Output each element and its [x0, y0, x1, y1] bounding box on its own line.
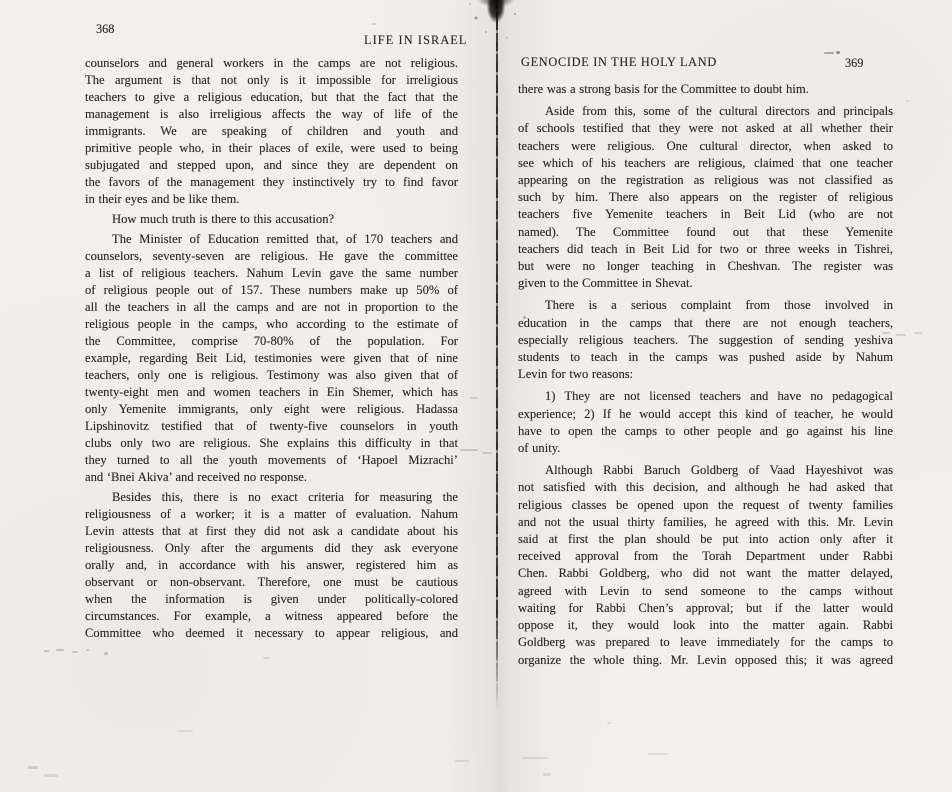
- scan-speckle: [482, 452, 492, 454]
- paragraph: there was a strong basis for the Committ…: [518, 81, 893, 98]
- text-line: circumstances. For example, a witness ap…: [85, 608, 458, 625]
- text-line: of schools testified that they were not …: [518, 120, 893, 137]
- scan-speckle: [607, 722, 611, 724]
- scan-speckle: [896, 334, 906, 336]
- book-spread: 368 LIFE IN ISRAEL GENOCIDE IN THE HOLY …: [0, 0, 952, 792]
- scan-speckle: [44, 774, 58, 777]
- scan-speckle: [28, 766, 38, 769]
- text-line: not satisfied with this decision, and al…: [518, 479, 893, 496]
- text-line: religious people in the camps, who accor…: [85, 316, 458, 333]
- text-line: named). The Committee found out that the…: [518, 224, 893, 241]
- paragraph: How much truth is there to this accusati…: [85, 211, 458, 228]
- running-head-right: GENOCIDE IN THE HOLY LAND: [521, 55, 717, 70]
- paragraph: Besides this, there is no exact criteria…: [85, 489, 458, 642]
- scan-speckle: [56, 649, 64, 651]
- text-line: Levin for two reasons:: [518, 366, 893, 383]
- scan-speckle: [460, 449, 478, 451]
- text-line: of religious people out of 157. These nu…: [85, 282, 458, 299]
- scan-speckle: [72, 651, 78, 653]
- scan-speckle: [914, 332, 922, 334]
- text-line: religiousness. Only after the arguments …: [85, 540, 458, 557]
- scan-speckle: [884, 305, 887, 307]
- text-line: Although Rabbi Baruch Goldberg of Vaad H…: [518, 462, 893, 479]
- text-line: there was a strong basis for the Committ…: [518, 81, 893, 98]
- scan-speckle: [523, 316, 526, 319]
- scan-speckle: [836, 51, 840, 54]
- text-line: Chen. Rabbi Goldberg, who did not want t…: [518, 565, 893, 582]
- text-line: There is a serious complaint from those …: [518, 297, 893, 314]
- text-line: subjugated and stepped upon, and since t…: [85, 157, 458, 174]
- scan-speckle: [648, 753, 668, 755]
- text-line: teachers did teach in Beit Lid for two o…: [518, 241, 893, 258]
- scan-speckle: [543, 773, 551, 776]
- text-line: counselors, seventy-seven are religious.…: [85, 248, 458, 265]
- page-number-right: 369: [845, 56, 863, 71]
- text-line: education in the camps that there are no…: [518, 315, 893, 332]
- text-line: example, regarding Beit Lid, testimonies…: [85, 350, 458, 367]
- paragraph: There is a serious complaint from those …: [518, 297, 893, 383]
- scan-speckle: [177, 730, 193, 732]
- text-line: Committee who deemed it necessary to app…: [85, 625, 458, 642]
- text-line: they turned to all the youth movements o…: [85, 452, 458, 469]
- text-line: orally and, in accordance with his answe…: [85, 557, 458, 574]
- text-line: the Committee, comprise 70-80% of the po…: [85, 333, 458, 350]
- text-line: immigrants. We are speaking of children …: [85, 123, 458, 140]
- scan-speckle: [86, 649, 89, 651]
- text-line: The argument is that not only is it impo…: [85, 72, 458, 89]
- text-line: Besides this, there is no exact criteria…: [85, 489, 458, 506]
- text-line: all the teachers in all the camps and ar…: [85, 299, 458, 316]
- text-line: counselors and general workers in the ca…: [85, 55, 458, 72]
- text-line: oppose it, they would look into the matt…: [518, 617, 893, 634]
- text-line: teachers five Yemenite teachers in Beit …: [518, 206, 893, 223]
- text-line: and ‘Bnei Akiva’ and received no respons…: [85, 469, 458, 486]
- scan-speckle: [824, 52, 834, 54]
- scan-speckle: [882, 332, 890, 334]
- scan-speckle: [522, 757, 548, 759]
- text-line: teachers to give a religious education, …: [85, 89, 458, 106]
- text-line: and not the usual thirty families, he ag…: [518, 514, 893, 531]
- text-line: said at first the plan should be put int…: [518, 531, 893, 548]
- text-line: management is also irreligious affects t…: [85, 106, 458, 123]
- text-line: agreed with Levin to send someone to the…: [518, 583, 893, 600]
- text-line: of unity.: [518, 440, 893, 457]
- scan-speckle: [263, 657, 269, 659]
- paragraph: Aside from this, some of the cultural di…: [518, 103, 893, 292]
- text-line: appearing on the registration as religio…: [518, 172, 893, 189]
- text-line: The Minister of Education remitted that,…: [85, 231, 458, 248]
- running-head-left: LIFE IN ISRAEL: [364, 33, 468, 48]
- text-line: have to open the camps to other people a…: [518, 423, 893, 440]
- text-line: only Yemenite immigrants, only eight wer…: [85, 401, 458, 418]
- scan-speckle: [44, 650, 49, 652]
- text-line: teachers, only one is religious. Testimo…: [85, 367, 458, 384]
- text-line: religiousness of a worker; it is a matte…: [85, 506, 458, 523]
- text-line: given to the Committee in Shevat.: [518, 275, 893, 292]
- paragraph: 1) They are not licensed teachers and ha…: [518, 388, 893, 457]
- text-line: clubs only two are religious. She explai…: [85, 435, 458, 452]
- page-gutter-line: [496, 0, 498, 710]
- text-line: in their eyes and be like them.: [85, 191, 458, 208]
- text-line: primitive people who, in their places of…: [85, 140, 458, 157]
- text-line: religious classes be opened upon the req…: [518, 497, 893, 514]
- text-line: see which of his teachers are religious,…: [518, 155, 893, 172]
- text-line: but were no longer teaching in Cheshvan.…: [518, 258, 893, 275]
- text-line: received approval from the Torah Departm…: [518, 548, 893, 565]
- scan-speckle: [906, 100, 909, 102]
- scan-speckle: [455, 760, 469, 762]
- paragraph: Although Rabbi Baruch Goldberg of Vaad H…: [518, 462, 893, 668]
- page-body-left: counselors and general workers in the ca…: [85, 55, 458, 645]
- text-line: teachers were religious. One cultural di…: [518, 138, 893, 155]
- text-line: students to teach in the camps was pushe…: [518, 349, 893, 366]
- text-line: Goldberg was prepared to leave immediate…: [518, 634, 893, 651]
- text-line: How much truth is there to this accusati…: [85, 211, 458, 228]
- page-number-left: 368: [96, 22, 114, 37]
- text-line: Levin attests that at first they did not…: [85, 523, 458, 540]
- page-body-right: there was a strong basis for the Committ…: [518, 81, 893, 674]
- text-line: the favors of the management they instin…: [85, 174, 458, 191]
- text-line: when the information is given under poli…: [85, 591, 458, 608]
- scan-speckle: [372, 23, 376, 25]
- scan-speckle: [470, 397, 478, 399]
- text-line: Aside from this, some of the cultural di…: [518, 103, 893, 120]
- text-line: organize the whole thing. Mr. Levin oppo…: [518, 652, 893, 669]
- text-line: a list of religious teachers. Nahum Levi…: [85, 265, 458, 282]
- text-line: Lipshinovitz testified that of twenty-fi…: [85, 418, 458, 435]
- paragraph: counselors and general workers in the ca…: [85, 55, 458, 208]
- text-line: twenty-eight men and women teachers in E…: [85, 384, 458, 401]
- text-line: observant or non-observant. Therefore, o…: [85, 574, 458, 591]
- text-line: waiting for Rabbi Chen’s approval; but i…: [518, 600, 893, 617]
- text-line: 1) They are not licensed teachers and ha…: [518, 388, 893, 405]
- text-line: such by him. There also appears on the r…: [518, 189, 893, 206]
- text-line: especially religious teachers. The sugge…: [518, 332, 893, 349]
- scan-speckle: [104, 652, 108, 655]
- text-line: experience; 2) If he would accept this k…: [518, 406, 893, 423]
- ink-blot: [460, 0, 532, 52]
- paragraph: The Minister of Education remitted that,…: [85, 231, 458, 486]
